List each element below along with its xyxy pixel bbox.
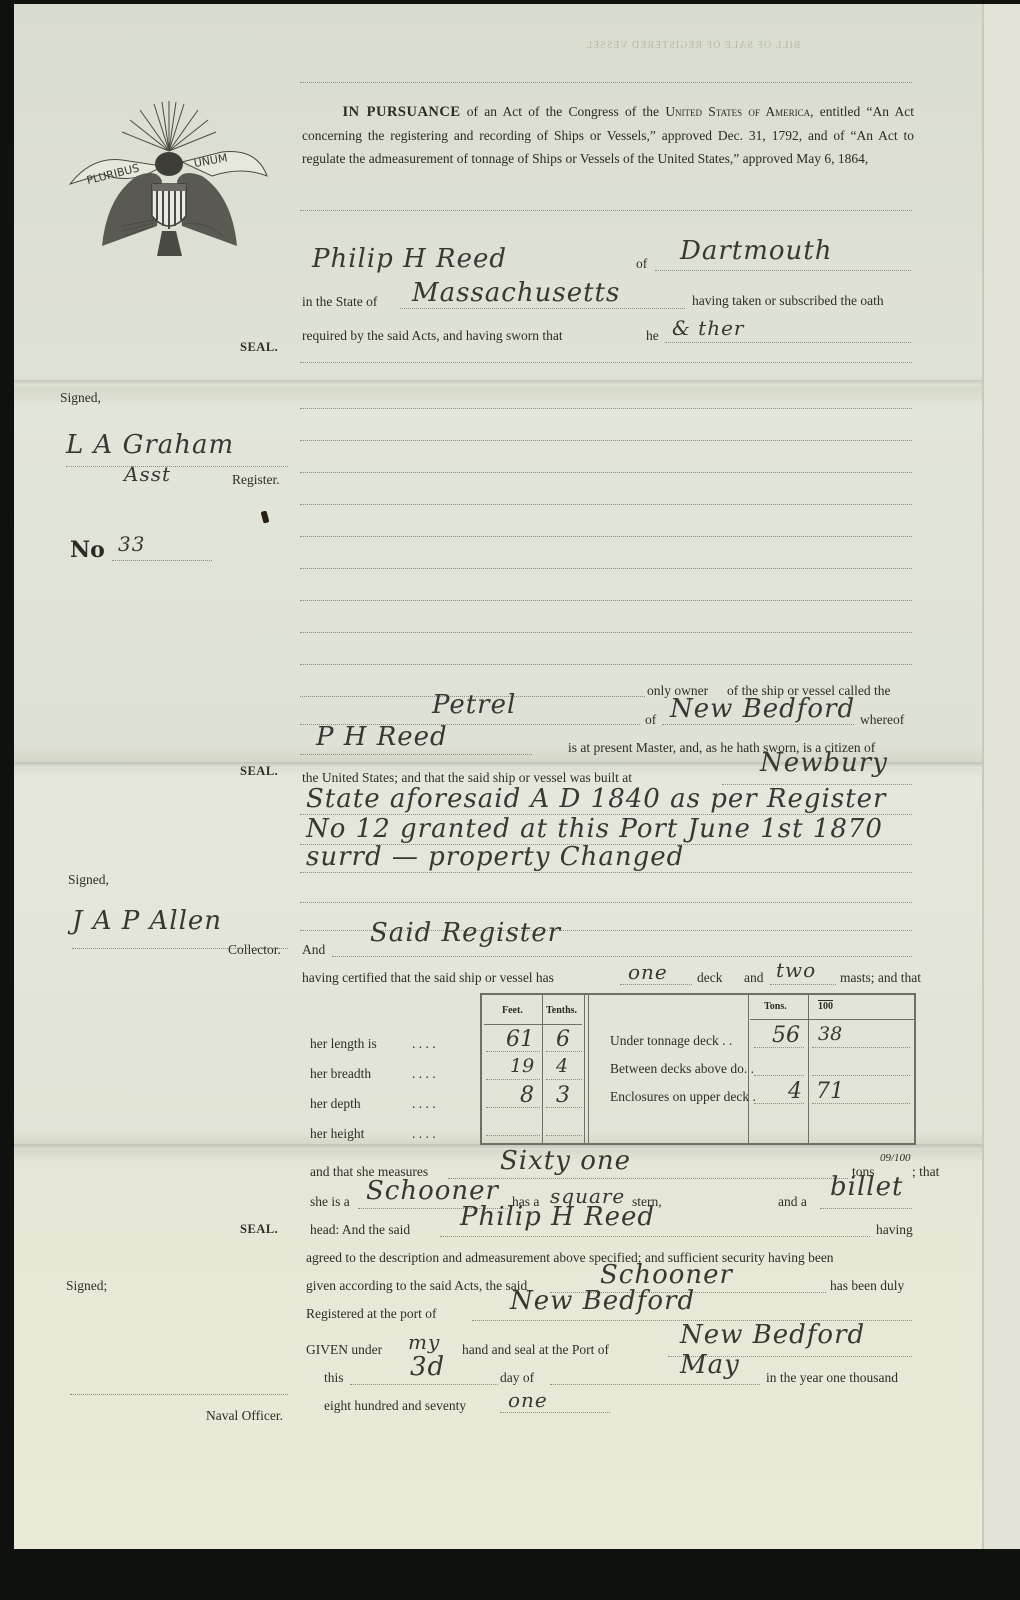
depth-label: her depth [310, 1096, 361, 1112]
signature-line [66, 466, 288, 467]
of-label: of [645, 712, 656, 728]
tenths-header: Tenths. [546, 1005, 577, 1016]
masts-field[interactable]: two [776, 958, 816, 982]
between-decks-label: Between decks above do. . [610, 1061, 754, 1077]
form-line [112, 560, 212, 561]
state-field[interactable]: Massachusetts [412, 278, 620, 308]
signed-label-2: Signed, [68, 872, 109, 888]
decks-field[interactable]: one [628, 960, 668, 984]
form-line [300, 82, 912, 83]
register-number-field[interactable]: 33 [118, 532, 145, 556]
form-line [300, 408, 912, 409]
length-label: her length is [310, 1036, 377, 1052]
hand-owner-field[interactable]: my [408, 1330, 440, 1354]
owner-name-field[interactable]: Philip H Reed [312, 244, 507, 274]
enclosures-label: Enclosures on upper deck . [610, 1089, 756, 1105]
length-tenths[interactable]: 6 [556, 1027, 570, 1052]
signed-label-3: Signed; [66, 1278, 107, 1294]
breadth-tenths[interactable]: 4 [556, 1055, 568, 1077]
registered-port-field[interactable]: New Bedford [510, 1286, 695, 1316]
breadth-feet[interactable]: 19 [510, 1055, 534, 1077]
bleed-through-text: BILL OF SALE OF REGISTERED VESSEL [585, 40, 801, 51]
united-states-of-america: United States of America [665, 104, 810, 119]
sworn-text: required by the said Acts, and having sw… [302, 328, 563, 344]
of-label: of [636, 256, 647, 272]
form-line [300, 472, 912, 473]
agreed-text: agreed to the description and admeasurem… [306, 1250, 834, 1266]
and-label-2: and [744, 970, 764, 986]
built-line-4[interactable]: surrd — property Changed [306, 842, 684, 872]
form-line [400, 308, 685, 309]
head-type-field[interactable]: billet [830, 1172, 903, 1202]
year-text: in the year one thousand [766, 1370, 898, 1386]
signed-label-1: Signed, [60, 390, 101, 406]
masts-text: masts; and that [840, 970, 921, 986]
under-tonnage-tons[interactable]: 56 [772, 1023, 800, 1048]
month-field[interactable]: May [680, 1350, 740, 1380]
and-a-text: and a [778, 1194, 807, 1210]
length-feet[interactable]: 61 [506, 1027, 534, 1052]
enclosures-hundredths[interactable]: 71 [816, 1079, 844, 1104]
form-line [300, 440, 912, 441]
form-line [662, 724, 854, 725]
master-name-field[interactable]: P H Reed [316, 722, 448, 752]
deck-label: deck [697, 970, 722, 986]
year-field[interactable]: one [508, 1388, 548, 1412]
under-tonnage-label: Under tonnage deck . . [610, 1033, 732, 1049]
form-line [300, 362, 912, 363]
she-is-a-text: she is a [310, 1194, 350, 1210]
form-line [332, 956, 912, 957]
owner-town-field[interactable]: Dartmouth [680, 236, 832, 266]
agreed-name-field[interactable]: Philip H Reed [460, 1202, 655, 1232]
hand-seal-text: hand and seal at the Port of [462, 1342, 609, 1358]
collector-signature: J A P Allen [72, 906, 222, 936]
duly-text: has been duly [830, 1278, 904, 1294]
form-line [770, 984, 836, 985]
tons-header: Tons. [764, 1001, 787, 1012]
register-signature-title: Asst [124, 462, 171, 486]
register-signature: L A Graham [66, 430, 234, 460]
depth-feet[interactable]: 8 [520, 1083, 534, 1108]
day-of-text: day of [500, 1370, 534, 1386]
vessel-port-field[interactable]: New Bedford [670, 694, 855, 724]
certified-text: having certified that the said ship or v… [302, 970, 554, 986]
certifier-field[interactable]: Said Register [370, 918, 561, 948]
naval-officer-label: Naval Officer. [206, 1408, 283, 1424]
form-line [300, 902, 912, 903]
whereof-text: whereof [860, 712, 904, 728]
signature-line [70, 1394, 288, 1395]
form-line [655, 270, 911, 271]
oath-text: having taken or subscribed the oath [692, 293, 884, 309]
register-label: Register. [232, 472, 280, 488]
built-line-3[interactable]: No 12 granted at this Port June 1st 1870 [306, 814, 883, 844]
form-line [300, 754, 532, 755]
feet-header: Feet. [502, 1005, 523, 1016]
right-panel-edge [984, 4, 1020, 1549]
vessel-name-field[interactable]: Petrel [432, 690, 516, 720]
seal-label-3: SEAL. [240, 1222, 278, 1237]
form-line [620, 984, 692, 985]
form-line [300, 568, 912, 569]
form-line [448, 1178, 848, 1179]
state-label: in the State of [302, 294, 377, 310]
tons-fraction[interactable]: 09/100 [880, 1152, 911, 1164]
form-line [665, 342, 911, 343]
eagle-emblem-icon: PLURIBUS UNUM [62, 96, 277, 261]
eight-hundred-text: eight hundred and seventy [324, 1398, 466, 1414]
height-label: her height [310, 1126, 364, 1142]
form-line [300, 632, 912, 633]
registered-text: Registered at the port of [306, 1306, 436, 1322]
measurement-table: Feet. Tenths. Tons. 100 61 6 19 4 8 3 Un… [480, 993, 916, 1145]
given-text: given according to the said Acts, the sa… [306, 1278, 527, 1294]
form-line [300, 872, 912, 873]
given-under-text: GIVEN under [306, 1342, 382, 1358]
built-line-2[interactable]: State aforesaid A D 1840 as per Register [306, 784, 886, 814]
hundredths-header: 100 [818, 1001, 833, 1012]
under-tonnage-hundredths[interactable]: 38 [818, 1023, 842, 1045]
form-line [500, 1412, 610, 1413]
form-line [300, 504, 912, 505]
form-line [300, 210, 912, 211]
form-line [440, 1236, 870, 1237]
built-place-field[interactable]: Newbury [760, 748, 888, 778]
he-label: he [646, 328, 659, 344]
form-line [300, 536, 912, 537]
preamble-lead: IN PURSUANCE [343, 104, 461, 120]
and-label: And [302, 942, 325, 958]
form-line [550, 1384, 760, 1385]
preamble-paragraph: IN PURSUANCE of an Act of the Congress o… [302, 100, 914, 170]
form-line [350, 1384, 498, 1385]
seal-label-2: SEAL. [240, 764, 278, 779]
this-label: this [324, 1370, 344, 1386]
depth-tenths[interactable]: 3 [556, 1083, 570, 1108]
day-field[interactable]: 3d [410, 1352, 445, 1382]
tonnage-words-field[interactable]: Sixty one [500, 1146, 631, 1176]
given-port-field[interactable]: New Bedford [680, 1320, 865, 1350]
seal-label-1: SEAL. [240, 340, 278, 355]
form-line [820, 1208, 912, 1209]
enclosures-tons[interactable]: 4 [788, 1079, 802, 1104]
head-text: head: And the said [310, 1222, 410, 1238]
form-line [300, 664, 912, 665]
sworn-value-field[interactable]: & ther [672, 316, 744, 340]
paper-fold [14, 380, 982, 386]
form-line [300, 600, 912, 601]
collector-label: Collector. [228, 942, 281, 958]
breadth-label: her breadth [310, 1066, 371, 1082]
number-label: No [70, 537, 105, 563]
